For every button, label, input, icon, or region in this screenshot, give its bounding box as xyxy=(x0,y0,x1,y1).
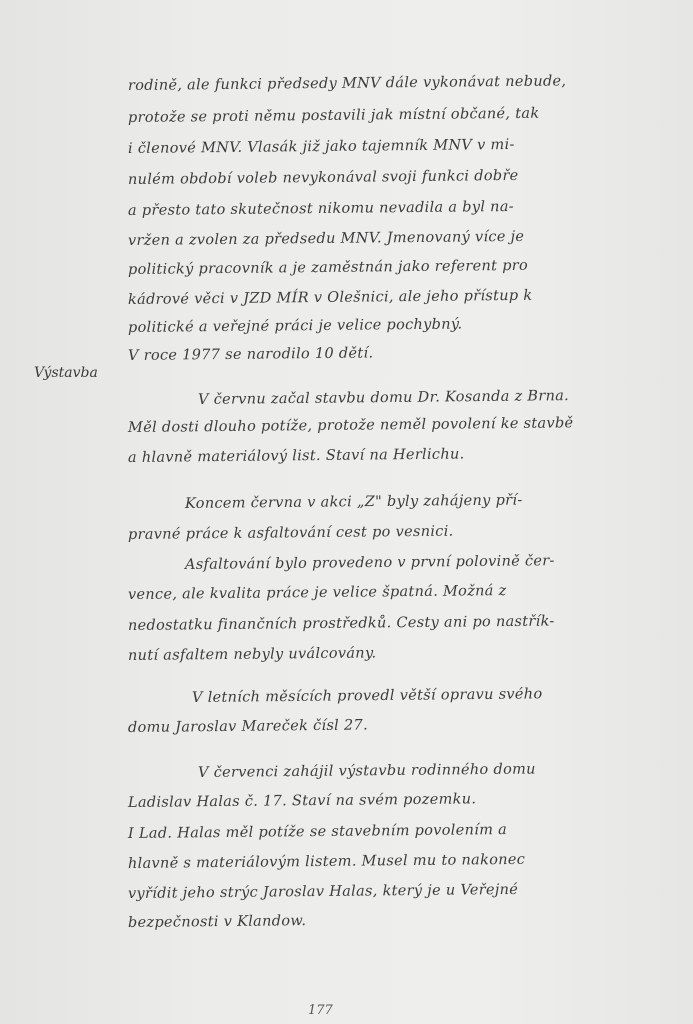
text-line: vržen a zvolen za předsedu MNV. Jmenovan… xyxy=(128,229,524,249)
text-line: a přesto tato skutečnost nikomu nevadila… xyxy=(128,199,514,219)
text-line: V letních měsících provedl větší opravu … xyxy=(192,686,543,706)
text-line: hlavně s materiálovým listem. Musel mu t… xyxy=(128,852,525,872)
text-line: vyřídit jeho strýc Jaroslav Halas, který… xyxy=(128,882,518,902)
text-line: politický pracovník a je zaměstnán jako … xyxy=(128,258,528,278)
text-line: V červnu začal stavbu domu Dr. Kosanda z… xyxy=(198,388,569,408)
text-line: nedostatku finančních prostředků. Cesty … xyxy=(128,614,555,634)
text-line: V červenci zahájil výstavbu rodinného do… xyxy=(198,761,536,781)
text-line: Asfaltování bylo provedeno v první polov… xyxy=(185,553,555,573)
text-line: bezpečnosti v Klandow. xyxy=(128,913,306,931)
text-line: politické a veřejné práci je velice poch… xyxy=(128,316,462,336)
text-line: I Lad. Halas měl potíže se stavebním pov… xyxy=(128,822,507,842)
text-line: Ladislav Halas č. 17. Staví na svém poze… xyxy=(128,791,476,811)
handwritten-page: rodině, ale funkci předsedy MNV dále vyk… xyxy=(0,0,693,1024)
text-line: i členové MNV. Vlasák již jako tajemník … xyxy=(128,137,515,157)
text-line: a hlavně materiálový list. Staví na Herl… xyxy=(128,446,465,466)
text-line: protože se proti němu postavili jak míst… xyxy=(128,106,540,126)
page-number: 177 xyxy=(308,1003,333,1018)
text-line: rodině, ale funkci předsedy MNV dále vyk… xyxy=(128,73,566,94)
text-line: kádrové věci v JZD MÍR v Olešnici, ale j… xyxy=(128,288,533,308)
text-line: V roce 1977 se narodilo 10 dětí. xyxy=(128,345,373,364)
text-line: domu Jaroslav Mareček čísl 27. xyxy=(128,717,368,736)
text-line: nulém období voleb nevykonával svoji fun… xyxy=(128,168,519,188)
text-line: nutí asfaltem nebyly uválcovány. xyxy=(128,645,377,664)
text-line: Měl dosti dlouho potíže, protože neměl p… xyxy=(128,415,574,436)
text-line: Koncem června v akci „Z" byly zahájeny p… xyxy=(185,492,523,512)
text-line: pravné práce k asfaltování cest po vesni… xyxy=(128,524,454,543)
text-line: vence, ale kvalita práce je velice špatn… xyxy=(128,583,507,603)
margin-note: Výstavba xyxy=(34,365,98,381)
